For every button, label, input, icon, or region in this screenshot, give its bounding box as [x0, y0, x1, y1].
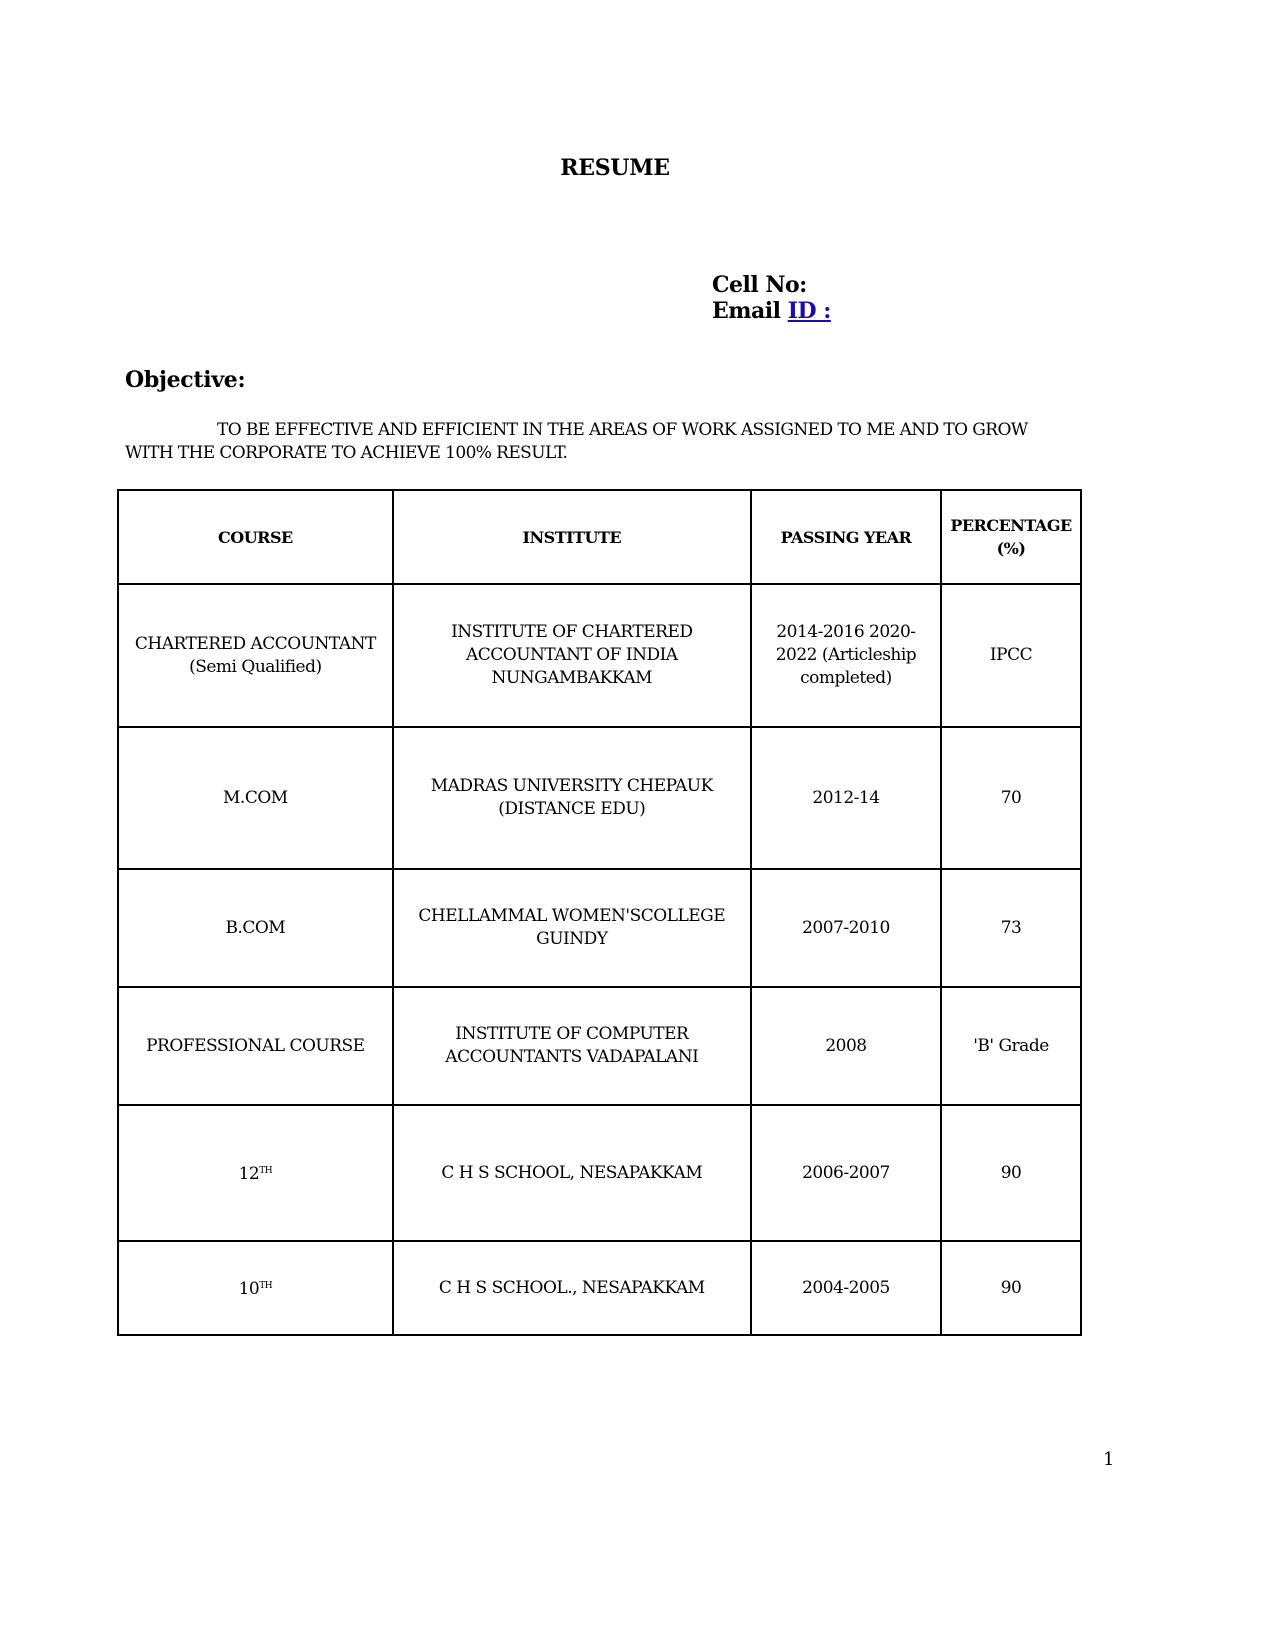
cell-year: 2007-2010	[751, 869, 941, 987]
contact-block: Cell No: Email ID :	[712, 272, 831, 324]
course-text: 10	[239, 1279, 260, 1299]
email-line: Email ID :	[712, 298, 831, 324]
cell-course: PROFESSIONAL COURSE	[118, 987, 393, 1105]
table-row: PROFESSIONAL COURSE INSTITUTE OF COMPUTE…	[118, 987, 1081, 1105]
cell-course: B.COM	[118, 869, 393, 987]
cell-number-label: Cell No:	[712, 272, 831, 298]
objective-heading: Objective:	[125, 367, 245, 393]
document-title: RESUME	[0, 155, 1230, 181]
cell-institute: CHELLAMMAL WOMEN'SCOLLEGE GUINDY	[393, 869, 751, 987]
header-institute: INSTITUTE	[393, 490, 751, 584]
cell-percentage: 90	[941, 1241, 1081, 1335]
cell-percentage: 90	[941, 1105, 1081, 1241]
table-row: CHARTERED ACCOUNTANT (Semi Qualified) IN…	[118, 584, 1081, 727]
page-number: 1	[1103, 1449, 1114, 1470]
cell-course: M.COM	[118, 727, 393, 869]
cell-course: 10TH	[118, 1241, 393, 1335]
cell-institute: INSTITUTE OF CHARTERED ACCOUNTANT OF IND…	[393, 584, 751, 727]
table-row: 10TH C H S SCHOOL., NESAPAKKAM 2004-2005…	[118, 1241, 1081, 1335]
cell-year: 2014-2016 2020-2022 (Articleship complet…	[751, 584, 941, 727]
course-text: 12	[239, 1164, 260, 1184]
cell-institute: MADRAS UNIVERSITY CHEPAUK (DISTANCE EDU)	[393, 727, 751, 869]
cell-year: 2004-2005	[751, 1241, 941, 1335]
header-course: COURSE	[118, 490, 393, 584]
table-header-row: COURSE INSTITUTE PASSING YEAR PERCENTAGE…	[118, 490, 1081, 584]
cell-year: 2006-2007	[751, 1105, 941, 1241]
cell-institute: C H S SCHOOL, NESAPAKKAM	[393, 1105, 751, 1241]
cell-institute: C H S SCHOOL., NESAPAKKAM	[393, 1241, 751, 1335]
table-row: B.COM CHELLAMMAL WOMEN'SCOLLEGE GUINDY 2…	[118, 869, 1081, 987]
cell-percentage: 70	[941, 727, 1081, 869]
cell-year: 2008	[751, 987, 941, 1105]
cell-percentage: IPCC	[941, 584, 1081, 727]
table-row: M.COM MADRAS UNIVERSITY CHEPAUK (DISTANC…	[118, 727, 1081, 869]
objective-text: TO BE EFFECTIVE AND EFFICIENT IN THE ARE…	[125, 419, 1075, 465]
header-passing-year: PASSING YEAR	[751, 490, 941, 584]
cell-course: CHARTERED ACCOUNTANT (Semi Qualified)	[118, 584, 393, 727]
ordinal-suffix: TH	[259, 1166, 272, 1176]
education-table: COURSE INSTITUTE PASSING YEAR PERCENTAGE…	[117, 489, 1082, 1336]
objective-body: TO BE EFFECTIVE AND EFFICIENT IN THE ARE…	[125, 420, 1028, 463]
cell-percentage: 'B' Grade	[941, 987, 1081, 1105]
ordinal-suffix: TH	[259, 1281, 272, 1291]
header-percentage: PERCENTAGE (%)	[941, 490, 1081, 584]
email-link[interactable]: ID :	[788, 298, 831, 324]
table-row: 12TH C H S SCHOOL, NESAPAKKAM 2006-2007 …	[118, 1105, 1081, 1241]
cell-year: 2012-14	[751, 727, 941, 869]
cell-institute: INSTITUTE OF COMPUTER ACCOUNTANTS VADAPA…	[393, 987, 751, 1105]
cell-course: 12TH	[118, 1105, 393, 1241]
email-label: Email	[712, 298, 781, 324]
cell-percentage: 73	[941, 869, 1081, 987]
